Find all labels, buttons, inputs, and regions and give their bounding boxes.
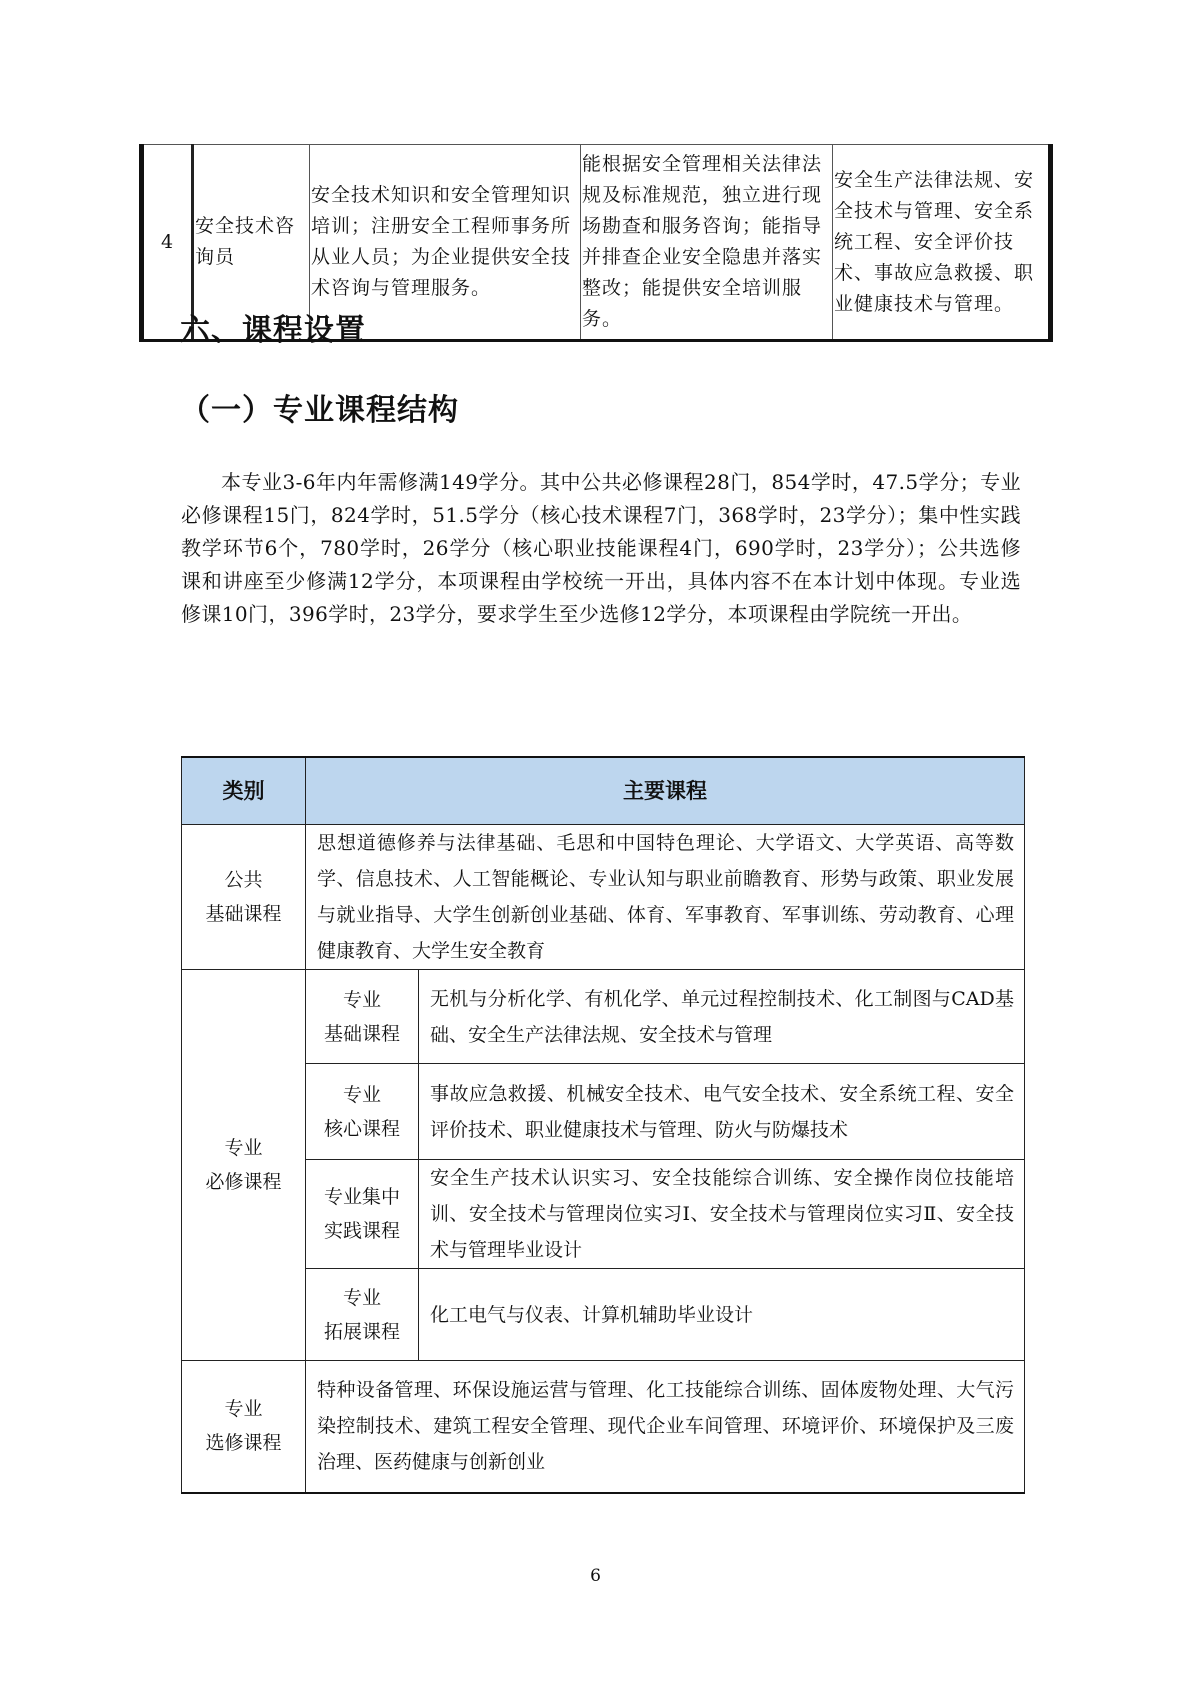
courses-major-foundation: 无机与分析化学、有机化学、单元过程控制技术、化工制图与CAD基础、安全生产法律法…	[419, 970, 1025, 1064]
header-category: 类别	[182, 757, 306, 825]
row-public-basic: 公共 基础课程 思想道德修养与法律基础、毛思和中国特色理论、大学语文、大学英语、…	[182, 825, 1025, 970]
subcategory-line: 专业集中	[307, 1180, 417, 1214]
row-major-extension: 专业 拓展课程 化工电气与仪表、计算机辅助毕业设计	[182, 1269, 1025, 1361]
category-line: 选修课程	[183, 1426, 304, 1460]
subcategory-line: 专业	[307, 1281, 417, 1315]
category-line: 必修课程	[183, 1165, 304, 1199]
category-line: 专业	[183, 1392, 304, 1426]
subcategory-line: 拓展课程	[307, 1315, 417, 1349]
subcategory-line: 实践课程	[307, 1214, 417, 1248]
page-number: 6	[0, 1566, 1191, 1586]
subcategory-line: 基础课程	[307, 1017, 417, 1051]
courses-major-practice: 安全生产技术认识实习、安全技能综合训练、安全操作岗位技能培训、安全技术与管理岗位…	[419, 1160, 1025, 1269]
course-structure-paragraph: 本专业3-6年内年需修满149学分。其中公共必修课程28门，854学时，47.5…	[181, 466, 1021, 631]
category-major-required: 专业 必修课程	[182, 970, 306, 1361]
job-abilities: 能根据安全管理相关法律法规及标准规范，独立进行现场勘查和服务咨询；能指导并排查企…	[581, 145, 833, 341]
courses-public-basic: 思想道德修养与法律基础、毛思和中国特色理论、大学语文、大学英语、高等数学、信息技…	[306, 825, 1025, 970]
job-knowledge: 安全生产法律法规、安全技术与管理、安全系统工程、安全评价技术、事故应急救援、职业…	[833, 145, 1051, 341]
row-major-elective: 专业 选修课程 特种设备管理、环保设施运营与管理、化工技能综合训练、固体废物处理…	[182, 1361, 1025, 1493]
subcategory-extension: 专业 拓展课程	[306, 1269, 419, 1361]
subcategory-line: 核心课程	[307, 1112, 417, 1146]
courses-major-extension: 化工电气与仪表、计算机辅助毕业设计	[419, 1269, 1025, 1361]
course-table: 类别 主要课程 公共 基础课程 思想道德修养与法律基础、毛思和中国特色理论、大学…	[181, 756, 1025, 1494]
subcategory-line: 专业	[307, 1078, 417, 1112]
category-public-basic: 公共 基础课程	[182, 825, 306, 970]
row-major-practice: 专业集中 实践课程 安全生产技术认识实习、安全技能综合训练、安全操作岗位技能培训…	[182, 1160, 1025, 1269]
subsection-title: （一）专业课程结构	[180, 385, 459, 429]
courses-major-elective: 特种设备管理、环保设施运营与管理、化工技能综合训练、固体废物处理、大气污染控制技…	[306, 1361, 1025, 1493]
course-table-header: 类别 主要课程	[182, 757, 1025, 825]
category-line: 基础课程	[183, 897, 304, 931]
subcategory-practice: 专业集中 实践课程	[306, 1160, 419, 1269]
subcategory-foundation: 专业 基础课程	[306, 970, 419, 1064]
row-major-core: 专业 核心课程 事故应急救援、机械安全技术、电气安全技术、安全系统工程、安全评价…	[182, 1064, 1025, 1160]
category-major-elective: 专业 选修课程	[182, 1361, 306, 1493]
subcategory-line: 专业	[307, 983, 417, 1017]
courses-major-core: 事故应急救援、机械安全技术、电气安全技术、安全系统工程、安全评价技术、职业健康技…	[419, 1064, 1025, 1160]
subcategory-core: 专业 核心课程	[306, 1064, 419, 1160]
header-courses: 主要课程	[306, 757, 1025, 825]
row-major-foundation: 专业 必修课程 专业 基础课程 无机与分析化学、有机化学、单元过程控制技术、化工…	[182, 970, 1025, 1064]
category-line: 专业	[183, 1131, 304, 1165]
category-line: 公共	[183, 863, 304, 897]
section-title: 六、课程设置	[180, 305, 366, 349]
